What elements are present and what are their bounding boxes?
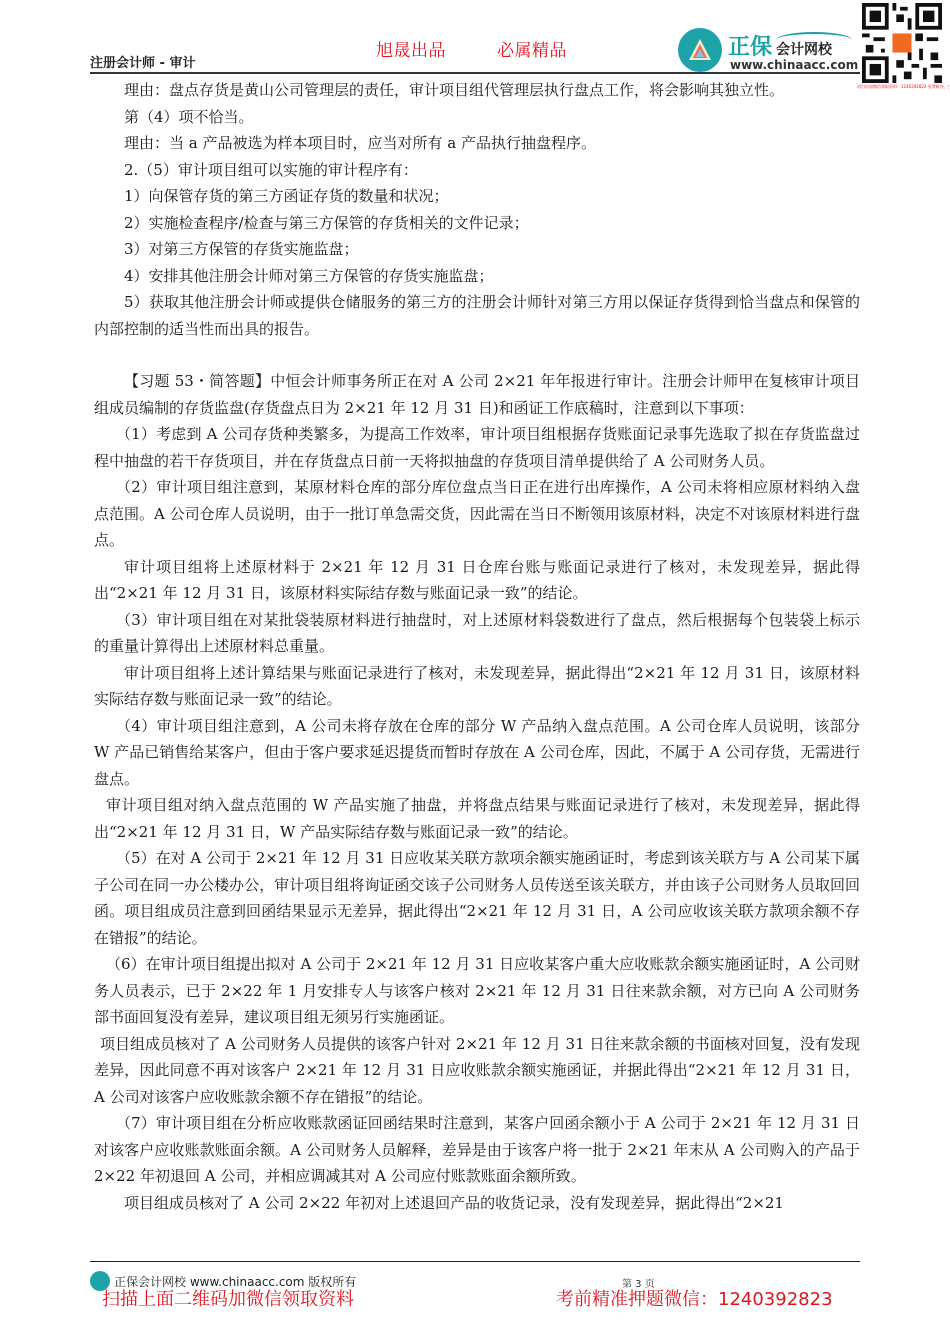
logo-url: www.chinaacc.com (730, 58, 858, 72)
question-item-6: （6）在审计项目组提出拟对 A 公司于 2×21 年 12 月 31 日应收某客… (94, 951, 860, 1031)
slogan-right: 必属精品 (497, 36, 567, 61)
question-intro: 【习题 53・简答题】中恒会计师事务所正在对 A 公司 2×21 年年报进行审计… (94, 368, 860, 421)
slogan-left: 旭晟出品 (376, 36, 446, 61)
question-item-6-followup: 项目组成员核对了 A 公司财务人员提供的该客户针对 2×21 年 12 月 31… (94, 1031, 860, 1111)
question-item-3: （3）审计项目组在对某批袋装原材料进行抽盘时，对上述原材料袋数进行了盘点，然后根… (94, 607, 860, 660)
footer-promo-left: 扫描上面二维码加微信领取资料 (102, 1285, 354, 1311)
qr-code-icon[interactable] (860, 3, 944, 83)
chinaacc-logo: 正保会计网校 www.chinaacc.com (678, 28, 853, 76)
answer-paragraph: 4）安排其他注册会计师对第三方保管的存货实施监盘； (94, 263, 860, 290)
question-item-5: （5）在对 A 公司于 2×21 年 12 月 31 日应收某关联方款项余额实施… (94, 845, 860, 951)
question-item-2: （2）审计项目组注意到，某原材料仓库的部分库位盘点当日正在进行出库操作，A 公司… (94, 474, 860, 554)
answer-paragraph: 1）向保管存货的第三方函证存货的数量和状况； (94, 183, 860, 210)
answer-paragraph: 3）对第三方保管的存货实施监盘； (94, 236, 860, 263)
footer-divider (90, 1261, 860, 1262)
question-heading: 【习题 53・简答题】 (124, 372, 270, 390)
question-item-4-followup: 审计项目组对纳入盘点范围的 W 产品实施了抽盘，并将盘点结果与账面记录进行了核对… (94, 792, 860, 845)
qr-caption: 请扫码加微信领取资料：1240392823 免费解答、免费领取考前押题：1240… (857, 84, 949, 90)
question-item-3-followup: 审计项目组将上述计算结果与账面记录进行了核对，未发现差异，据此得出“2×21 年… (94, 660, 860, 713)
answer-paragraph: 2.（5）审计项目组可以实施的审计程序有： (94, 157, 860, 184)
question-item-1: （1）考虑到 A 公司存货种类繁多，为提高工作效率，审计项目组根据存货账面记录事… (94, 421, 860, 474)
answer-paragraph: 第（4）项不恰当。 (94, 104, 860, 131)
logo-circle-icon (678, 28, 722, 72)
logo-triangle-icon (686, 36, 714, 64)
answer-paragraph: 理由：当 a 产品被选为样本项目时，应当对所有 a 产品执行抽盘程序。 (94, 130, 860, 157)
question-item-2-followup: 审计项目组将上述原材料于 2×21 年 12 月 31 日仓库台账与账面记录进行… (94, 554, 860, 607)
logo-name-main: 正保 (728, 35, 772, 60)
subject-title: 注册会计师 - 审计 (90, 52, 195, 71)
logo-name: 正保会计网校 (728, 30, 832, 61)
section-gap (94, 342, 860, 368)
question-item-7-followup: 项目组成员核对了 A 公司 2×22 年初对上述退回产品的收货记录，没有发现差异… (94, 1190, 860, 1217)
answer-paragraph: 理由：盘点存货是黄山公司管理层的责任，审计项目组代管理层执行盘点工作，将会影响其… (94, 77, 860, 104)
question-item-4: （4）审计项目组注意到，A 公司未将存放在仓库的部分 W 产品纳入盘点范围。A … (94, 713, 860, 793)
question-item-7: （7）审计项目组在分析应收账款函证回函结果时注意到，某客户回函余额小于 A 公司… (94, 1110, 860, 1190)
header-divider (90, 72, 860, 74)
footer-promo-right: 考前精准押题微信：1240392823 (556, 1285, 833, 1311)
logo-name-suffix: 会计网校 (776, 42, 832, 58)
document-body: 理由：盘点存货是黄山公司管理层的责任，审计项目组代管理层执行盘点工作，将会影响其… (94, 77, 860, 1216)
answer-paragraph: 5）获取其他注册会计师或提供仓储服务的第三方的注册会计师针对第三方用以保证存货得… (94, 289, 860, 342)
answer-paragraph: 2）实施检查程序/检查与第三方保管的存货相关的文件记录； (94, 210, 860, 237)
